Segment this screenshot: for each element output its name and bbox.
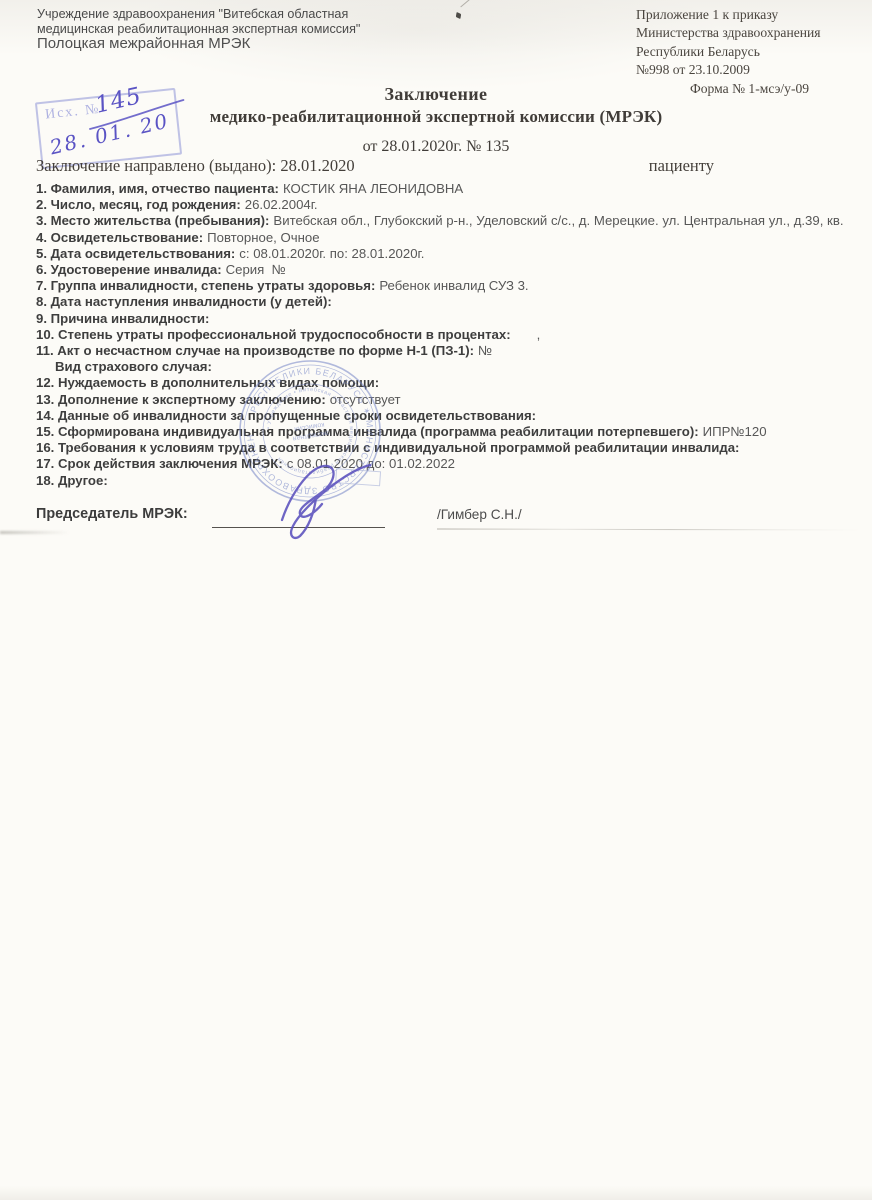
ref-line-3: Республики Беларусь: [636, 43, 866, 61]
item-value: отсутствует: [330, 392, 401, 407]
item-value: КОСТИК ЯНА ЛЕОНИДОВНА: [283, 181, 463, 196]
faint-pencil-line: [437, 528, 861, 530]
item-label: 9. Причина инвалидности:: [36, 311, 209, 326]
item-label: 11. Акт о несчастном случае на производс…: [36, 343, 474, 358]
form-item: 11. Акт о несчастном случае на производс…: [36, 343, 854, 375]
item-value: 26.02.2004г.: [245, 197, 318, 212]
item-label: 4. Освидетельствование:: [36, 230, 203, 245]
item-value: Серия №: [226, 262, 286, 277]
item-label: 18. Другое:: [36, 473, 108, 488]
item-label: 2. Число, месяц, год рождения:: [36, 197, 241, 212]
item-label: 10. Степень утраты профессиональной труд…: [36, 327, 511, 342]
item-value: ИПР№120: [703, 424, 767, 439]
document-title: Заключение медико-реабилитационной экспе…: [60, 84, 812, 156]
form-items: 1. Фамилия, имя, отчество пациента:КОСТИ…: [36, 181, 854, 489]
form-item: 8. Дата наступления инвалидности (у дете…: [36, 294, 854, 310]
form-item: 9. Причина инвалидности:: [36, 311, 854, 327]
issued-label: Заключение направлено (выдано): 28.01.20…: [36, 156, 355, 176]
org-line-1: Учреждение здравоохранения "Витебская об…: [37, 7, 457, 22]
item-label: 7. Группа инвалидности, степень утраты з…: [36, 278, 375, 293]
ref-line-2: Министерства здравоохранения: [636, 24, 866, 42]
item-label: 17. Срок действия заключения МРЭК:: [36, 456, 283, 471]
item-label: 5. Дата освидетельствования:: [36, 246, 235, 261]
form-item: 10. Степень утраты профессиональной труд…: [36, 327, 854, 343]
item-value: Повторное, Очное: [207, 230, 319, 245]
ref-line-4: №998 от 23.10.2009: [636, 61, 866, 79]
title-date-number: от 28.01.2020г. № 135: [60, 138, 812, 156]
item-label: 15. Сформирована индивидуальная программ…: [36, 424, 699, 439]
chairman-label: Председатель МРЭК:: [36, 506, 188, 522]
issued-line: Заключение направлено (выдано): 28.01.20…: [36, 156, 714, 176]
form-item: 2. Число, месяц, год рождения:26.02.2004…: [36, 197, 854, 213]
item-label: 1. Фамилия, имя, отчество пациента:: [36, 181, 279, 196]
title-line-2: медико-реабилитационной экспертной комис…: [60, 107, 812, 127]
scan-smudge: [0, 531, 70, 534]
form-item: 13. Дополнение к экспертному заключению:…: [36, 392, 854, 408]
scan-scratch: [460, 0, 471, 7]
item-label: 8. Дата наступления инвалидности (у дете…: [36, 294, 332, 309]
org-line-2: медицинская реабилитационная экспертная …: [37, 22, 457, 37]
issued-recipient: пациенту: [649, 156, 714, 176]
org-line-3: Полоцкая межрайонная МРЭК: [37, 37, 457, 52]
form-item: 17. Срок действия заключения МРЭК:с 08.0…: [36, 456, 854, 472]
item-label: 14. Данные об инвалидности за пропущенны…: [36, 408, 536, 423]
form-item: 7. Группа инвалидности, степень утраты з…: [36, 278, 854, 294]
form-item: 18. Другое:: [36, 473, 854, 489]
title-line-1: Заключение: [60, 84, 812, 105]
item-value: Витебская обл., Глубокский р-н., Уделовс…: [273, 213, 843, 228]
ref-line-1: Приложение 1 к приказу: [636, 6, 866, 24]
item-label: 12. Нуждаемость в дополнительных видах п…: [36, 375, 379, 390]
chairman-name: /Гимбер С.Н./: [437, 507, 522, 522]
item-label: 13. Дополнение к экспертному заключению:: [36, 392, 326, 407]
issuing-organization: Учреждение здравоохранения "Витебская об…: [37, 7, 457, 52]
form-item: 6. Удостоверение инвалида:Серия №: [36, 262, 854, 278]
item-value: Ребенок инвалид СУЗ 3.: [379, 278, 528, 293]
form-item: 3. Место жительства (пребывания):Витебск…: [36, 213, 854, 229]
form-item: 16. Требования к условиям труда в соотве…: [36, 440, 854, 456]
chairman-signature-ink: [262, 452, 392, 542]
item-value: с: 08.01.2020г. по: 28.01.2020г.: [239, 246, 424, 261]
scanned-document-page: Учреждение здравоохранения "Витебская об…: [0, 0, 872, 1200]
item-label: 6. Удостоверение инвалида:: [36, 262, 222, 277]
item-value: №: [478, 343, 492, 358]
form-item: 12. Нуждаемость в дополнительных видах п…: [36, 375, 854, 391]
item-subline: Вид страхового случая:: [36, 359, 854, 375]
form-item: 1. Фамилия, имя, отчество пациента:КОСТИ…: [36, 181, 854, 197]
form-item: 5. Дата освидетельствования:с: 08.01.202…: [36, 246, 854, 262]
form-item: 4. Освидетельствование:Повторное, Очное: [36, 230, 854, 246]
form-item: 15. Сформирована индивидуальная программ…: [36, 424, 854, 440]
form-item: 14. Данные об инвалидности за пропущенны…: [36, 408, 854, 424]
item-value: ,: [515, 327, 541, 342]
item-label: 3. Место жительства (пребывания):: [36, 213, 269, 228]
